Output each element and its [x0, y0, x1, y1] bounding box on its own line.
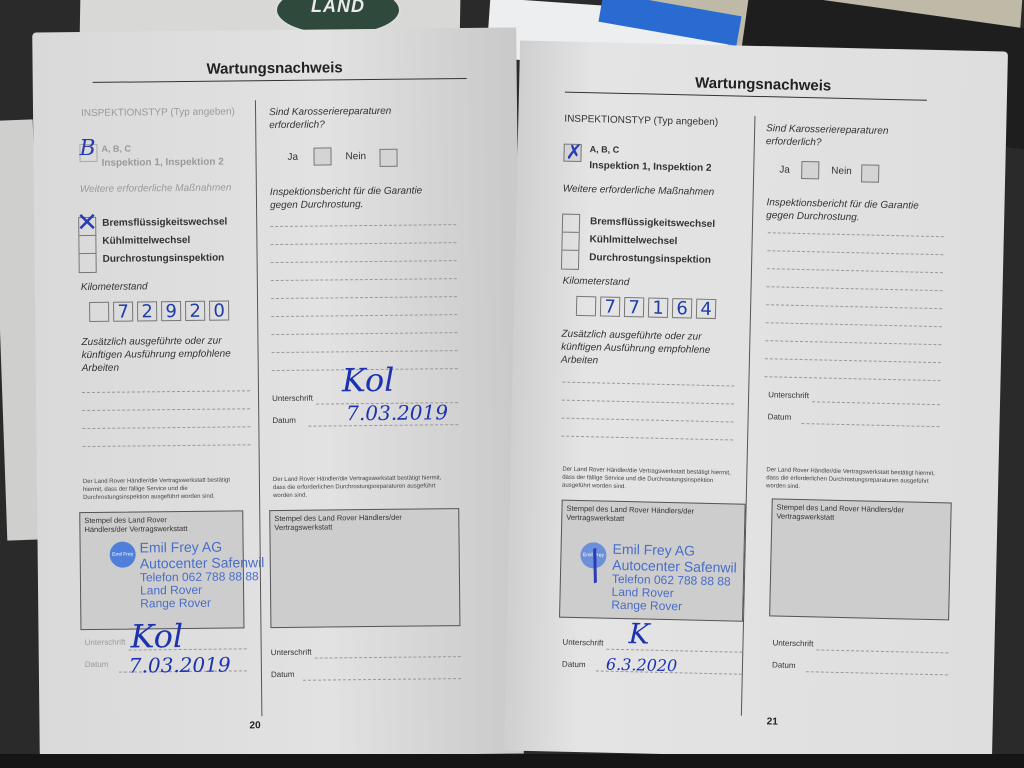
- dotted-line: [767, 268, 943, 273]
- no-label: Nein: [345, 151, 366, 162]
- additional-work-label: Zusätzlich ausgeführte oder zur künftige…: [81, 334, 241, 375]
- mileage-digit: [576, 296, 596, 316]
- dotted-line: [562, 418, 734, 423]
- mileage-label: Kilometerstand: [81, 281, 148, 293]
- further-measures-label: Weitere erforderliche Maßnahmen: [563, 184, 715, 198]
- signature-label: Unterschrift: [85, 638, 126, 647]
- dotted-line: [562, 400, 734, 405]
- date-label: Datum: [271, 670, 295, 679]
- mileage-digit: 7: [113, 302, 133, 322]
- stamp-line: Range Rover: [140, 596, 265, 610]
- handwritten-date: 6.3.2020: [606, 655, 678, 676]
- yes-label: Ja: [779, 164, 790, 175]
- table-surface: [0, 754, 1024, 768]
- corrosion-report-label: Inspektionsbericht für die Garantie gege…: [766, 196, 947, 226]
- handwritten-signature: Kol: [130, 617, 183, 656]
- dotted-line: [767, 250, 943, 255]
- measure-label: Durchrostungsinspektion: [589, 252, 711, 266]
- dealer-confirm-text: Der Land Rover Händler/die Vertragswerks…: [562, 466, 742, 494]
- handwritten-signature: K: [628, 617, 650, 650]
- yes-label: Ja: [287, 152, 298, 163]
- signature-label: Unterschrift: [562, 638, 603, 648]
- signature-line[interactable]: [606, 649, 742, 653]
- dotted-line: [82, 426, 250, 429]
- dotted-line: [271, 260, 457, 263]
- mileage-field[interactable]: 7 7 1 6 4: [576, 296, 716, 319]
- handwritten-signature: Kol: [342, 361, 395, 400]
- dotted-line: [766, 322, 942, 327]
- column-divider: [255, 100, 262, 716]
- measure-label: Bremsflüssigkeitswechsel: [590, 216, 715, 230]
- page-20: Wartungsnachweis INSPEKTIONSTYP (Typ ang…: [32, 27, 524, 758]
- dealer-confirm-text: Der Land Rover Händler/die Vertragswerks…: [83, 476, 243, 502]
- signature-label: Unterschrift: [772, 638, 813, 648]
- date-label: Datum: [772, 660, 796, 670]
- no-label: Nein: [831, 166, 852, 177]
- measures-checkboxes[interactable]: [561, 214, 580, 270]
- stamp-line: Emil Frey AG: [140, 538, 265, 555]
- dotted-line: [271, 278, 457, 281]
- dotted-line: [561, 436, 733, 441]
- signature-line[interactable]: [812, 401, 940, 405]
- inspection-option-12: Inspektion 1, Inspektion 2: [589, 160, 711, 174]
- dotted-line: [271, 332, 457, 335]
- corrosion-report-label: Inspektionsbericht für die Garantie gege…: [270, 184, 450, 212]
- date-label: Datum: [562, 660, 586, 670]
- yes-checkbox[interactable]: [313, 147, 331, 165]
- mileage-digit: 4: [696, 299, 716, 319]
- measure-label: Bremsflüssigkeitswechsel: [102, 217, 227, 229]
- mileage-digit: 1: [648, 298, 668, 318]
- signature-line[interactable]: [816, 649, 948, 653]
- emil-frey-logo: Emil Frey: [110, 541, 136, 567]
- dealer-stamp: Emil Frey AG Autocenter Safenwil Telefon…: [140, 538, 265, 610]
- signature-label: Unterschrift: [271, 648, 312, 657]
- inspection-mark: B: [79, 136, 95, 161]
- dotted-line: [82, 408, 250, 411]
- mileage-digit: 0: [209, 301, 229, 321]
- inspection-option-12: Inspektion 1, Inspektion 2: [102, 157, 224, 169]
- measure-label: Kühlmittelwechsel: [102, 235, 190, 247]
- stamp-caption: Stempel des Land Rover Händlers/der Vert…: [274, 513, 404, 532]
- dotted-line: [765, 340, 941, 345]
- handwritten-date: 7.03.2019: [346, 400, 448, 425]
- mileage-label: Kilometerstand: [563, 276, 630, 289]
- stamp-caption: Stempel des Land Rover Händlers/der Vert…: [84, 515, 204, 534]
- date-label: Datum: [85, 660, 109, 669]
- signature-label: Unterschrift: [768, 390, 809, 400]
- mileage-field[interactable]: 7 2 9 2 0: [89, 301, 229, 322]
- page-number: 21: [767, 716, 778, 727]
- stamp-caption: Stempel des Land Rover Händlers/der Vert…: [566, 504, 696, 525]
- no-checkbox[interactable]: [861, 164, 879, 182]
- signature-label: Unterschrift: [272, 394, 313, 403]
- column-divider: [741, 116, 756, 716]
- dealer-confirm-text: Der Land Rover Händler/die Vertragswerks…: [273, 474, 453, 500]
- dotted-line: [270, 242, 456, 245]
- mileage-digit: [89, 302, 109, 322]
- dotted-line: [765, 376, 941, 381]
- dotted-line: [271, 296, 457, 299]
- dotted-line: [765, 358, 941, 363]
- dotted-line: [272, 350, 458, 353]
- dotted-line: [83, 444, 251, 447]
- date-line[interactable]: [806, 671, 948, 675]
- stamp-box: Stempel des Land Rover Händlers/der Vert…: [269, 508, 460, 628]
- body-repairs-question: Sind Karosseriereparaturen erforderlich?: [269, 104, 429, 132]
- date-line[interactable]: [801, 423, 939, 427]
- dotted-line: [766, 304, 942, 309]
- page-21: Wartungsnachweis INSPEKTIONSTYP (Typ ang…: [504, 41, 1008, 762]
- mileage-digit: 9: [161, 301, 181, 321]
- no-checkbox[interactable]: [379, 149, 397, 167]
- dotted-line: [271, 314, 457, 317]
- inspection-option-abc: A, B, C: [101, 144, 131, 154]
- date-label: Datum: [768, 412, 792, 422]
- measure-label: Kühlmittelwechsel: [589, 234, 677, 247]
- inspection-option-abc: A, B, C: [590, 144, 620, 155]
- additional-work-label: Zusätzlich ausgeführte oder zur künftige…: [561, 328, 722, 371]
- measure-check-mark: ✕: [76, 208, 98, 238]
- title-rule: [93, 78, 467, 83]
- inspection-mark: ✗: [565, 140, 582, 164]
- yes-checkbox[interactable]: [801, 161, 819, 179]
- mileage-digit: 2: [185, 301, 205, 321]
- inspection-type-label: INSPEKTIONSTYP (Typ angeben): [81, 106, 235, 119]
- body-repairs-question: Sind Karosseriereparaturen erforderlich?: [766, 122, 927, 152]
- page-number: 20: [249, 720, 260, 731]
- mileage-digit: 7: [600, 296, 620, 316]
- dotted-line: [270, 224, 456, 227]
- page-title: Wartungsnachweis: [519, 71, 1007, 99]
- dealer-stamp: Emil Frey AG Autocenter Safenwil Telefon…: [611, 541, 737, 615]
- stamp-box: Stempel des Land Rover Händlers/der Vert…: [769, 498, 952, 620]
- dealer-confirm-text: Der Land Rover Händler/die Vertragswerks…: [766, 466, 946, 494]
- inspection-type-label: INSPEKTIONSTYP (Typ angeben): [564, 114, 718, 128]
- mileage-digit: 6: [672, 298, 692, 318]
- dotted-line: [82, 390, 250, 393]
- date-line[interactable]: [303, 678, 461, 681]
- dotted-line: [767, 286, 943, 291]
- page-title: Wartungsnachweis: [33, 57, 517, 79]
- dotted-line: [562, 382, 734, 387]
- further-measures-label: Weitere erforderliche Maßnahmen: [80, 182, 232, 195]
- handwritten-date: 7.03.2019: [129, 653, 231, 678]
- measure-label: Durchrostungsinspektion: [103, 253, 225, 265]
- date-label: Datum: [272, 416, 296, 425]
- stamp-caption: Stempel des Land Rover Händlers/der Vert…: [776, 502, 906, 523]
- dotted-line: [768, 232, 944, 237]
- mileage-digit: 2: [137, 301, 157, 321]
- mileage-digit: 7: [624, 297, 644, 317]
- signature-line[interactable]: [315, 656, 461, 659]
